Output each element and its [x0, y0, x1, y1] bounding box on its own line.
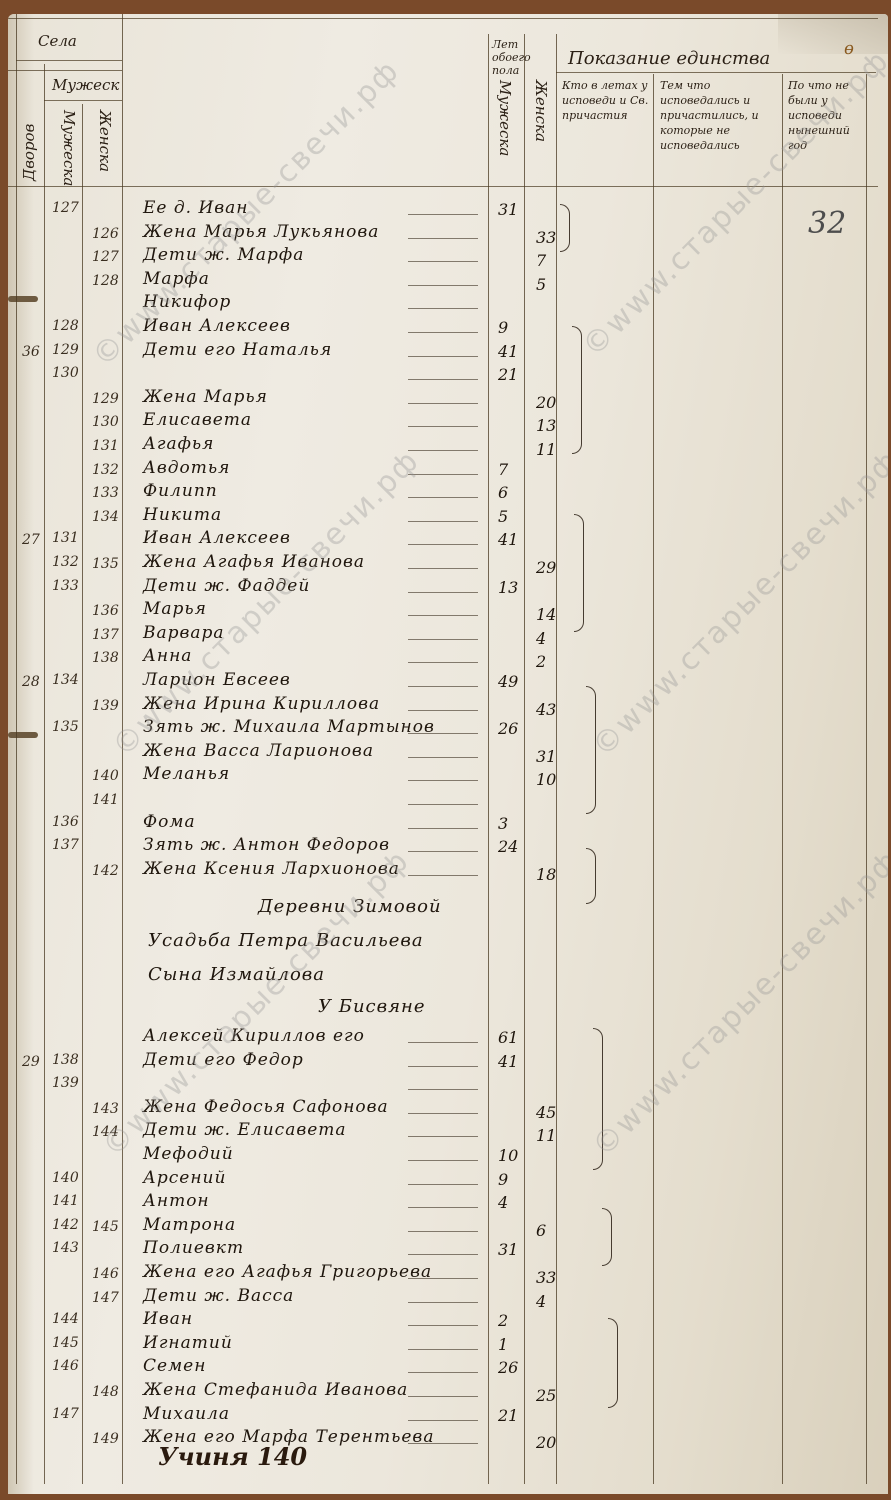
rule-line: [556, 72, 876, 73]
header-age-male: Мужеска: [496, 80, 514, 180]
age-female: 43: [536, 700, 556, 719]
filler-dash: [408, 804, 478, 805]
filler-dash: [408, 1302, 478, 1303]
dvor-number: 27: [22, 532, 40, 548]
age-male: 41: [498, 342, 518, 361]
filler-dash: [408, 1349, 478, 1350]
filler-dash: [408, 332, 478, 333]
register-page: Села Дворов Мужеск Мужеска Женска Лет об…: [8, 14, 888, 1494]
person-name: Мефодий: [143, 1144, 234, 1164]
age-male: 13: [498, 578, 518, 597]
age-male: 31: [498, 200, 518, 219]
filler-dash: [408, 1278, 478, 1279]
filler-dash: [408, 875, 478, 876]
male-number: 132: [52, 554, 79, 570]
filler-dash: [408, 285, 478, 286]
header-col-tem: Тем что исповедались и причастились, и к…: [660, 78, 778, 153]
male-number: 136: [52, 814, 79, 830]
female-number: 126: [92, 226, 119, 242]
age-male: 41: [498, 530, 518, 549]
person-name: Авдотья: [143, 458, 230, 478]
corner-mark: ѳ: [844, 38, 854, 59]
person-name: Жена Марья: [143, 387, 268, 407]
family-brace: [574, 514, 584, 632]
filler-dash: [408, 733, 478, 734]
age-female: 25: [536, 1386, 556, 1405]
person-name: Арсений: [143, 1168, 226, 1188]
family-brace: [602, 1208, 612, 1266]
age-female: 13: [536, 416, 556, 435]
filler-dash: [408, 780, 478, 781]
filler-dash: [408, 662, 478, 663]
female-number: 137: [92, 627, 119, 643]
male-number: 133: [52, 578, 79, 594]
age-female: 2: [536, 652, 546, 671]
person-name: Марья: [143, 599, 207, 619]
rule-line: [524, 34, 525, 1484]
age-male: 9: [498, 1170, 508, 1189]
filler-dash: [408, 1042, 478, 1043]
female-number: 136: [92, 603, 119, 619]
watermark: ©www.старые-свечи.рф: [586, 843, 888, 1164]
age-female: 45: [536, 1103, 556, 1122]
male-number: 137: [52, 837, 79, 853]
person-name: Жена Марья Лукьянова: [143, 222, 379, 242]
filler-dash: [408, 592, 478, 593]
header-zhenska: Женска: [96, 110, 114, 185]
age-female: 29: [536, 558, 556, 577]
person-name: Антон: [143, 1191, 210, 1211]
rule-line: [8, 70, 122, 71]
person-name: Полиевкт: [143, 1238, 244, 1258]
filler-dash: [408, 308, 478, 309]
signature-mark: Учиня 140: [158, 1442, 307, 1471]
family-brace: [586, 686, 596, 814]
male-number: 138: [52, 1052, 79, 1068]
male-number: 127: [52, 200, 79, 216]
filler-dash: [408, 851, 478, 852]
person-name: Жена Васса Ларионова: [143, 741, 374, 761]
filler-dash: [408, 1207, 478, 1208]
filler-dash: [408, 356, 478, 357]
female-number: 141: [92, 792, 119, 808]
filler-dash: [408, 521, 478, 522]
family-brace: [560, 204, 570, 252]
female-number: 148: [92, 1384, 119, 1400]
age-male: 31: [498, 1240, 518, 1259]
binding-string: [8, 732, 38, 738]
age-male: 26: [498, 1358, 518, 1377]
age-female: 18: [536, 865, 556, 884]
watermark: ©www.старые-свечи.рф: [586, 443, 888, 764]
person-name: Фома: [143, 812, 196, 832]
person-name: Дети ж. Васса: [143, 1286, 294, 1306]
filler-dash: [408, 1420, 478, 1421]
male-number: 146: [52, 1358, 79, 1374]
filler-dash: [408, 757, 478, 758]
age-female: 7: [536, 251, 546, 270]
age-male: 9: [498, 318, 508, 337]
header-age-female: Женска: [532, 80, 550, 180]
binding-string: [8, 296, 38, 302]
age-female: 6: [536, 1221, 546, 1240]
section-heading: У Бисвяне: [318, 996, 426, 1017]
filler-dash: [408, 828, 478, 829]
filler-dash: [408, 1089, 478, 1090]
person-name: Филипп: [143, 481, 218, 501]
filler-dash: [408, 379, 478, 380]
female-number: 128: [92, 273, 119, 289]
person-name: Агафья: [143, 434, 214, 454]
male-number: 130: [52, 365, 79, 381]
male-number: 141: [52, 1193, 79, 1209]
age-female: 20: [536, 1433, 556, 1452]
dvor-number: 36: [22, 344, 40, 360]
person-name: Никита: [143, 505, 222, 525]
header-col-kto: Кто в летах у исповеди и Св. причастия: [562, 78, 650, 123]
female-number: 131: [92, 438, 119, 454]
age-male: 2: [498, 1311, 508, 1330]
male-number: 129: [52, 342, 79, 358]
female-number: 138: [92, 650, 119, 666]
male-number: 147: [52, 1406, 79, 1422]
age-female: 4: [536, 1292, 546, 1311]
age-female: 11: [536, 440, 556, 459]
filler-dash: [408, 1160, 478, 1161]
female-number: 147: [92, 1290, 119, 1306]
male-number: 140: [52, 1170, 79, 1186]
filler-dash: [408, 497, 478, 498]
age-male: 4: [498, 1193, 508, 1212]
age-male: 21: [498, 1406, 518, 1425]
filler-dash: [408, 1066, 478, 1067]
female-number: 134: [92, 509, 119, 525]
age-male: 10: [498, 1146, 518, 1165]
age-female: 10: [536, 770, 556, 789]
header-dvorov: Дворов: [20, 76, 38, 181]
male-number: 134: [52, 672, 79, 688]
person-name: Зять ж. Антон Федоров: [143, 835, 390, 855]
female-number: 132: [92, 462, 119, 478]
age-female: 33: [536, 228, 556, 247]
person-name: Жена его Агафья Григорьева: [143, 1262, 432, 1282]
dvor-number: 29: [22, 1054, 40, 1070]
filler-dash: [408, 1443, 478, 1444]
header-muzheska: Мужеска: [60, 110, 78, 185]
person-name: Семен: [143, 1356, 206, 1376]
filler-dash: [408, 1254, 478, 1255]
male-number: 135: [52, 719, 79, 735]
age-female: 5: [536, 275, 546, 294]
filler-dash: [408, 1231, 478, 1232]
filler-dash: [408, 261, 478, 262]
rule-line: [8, 18, 878, 19]
person-name: Дети его Наталья: [143, 340, 332, 360]
age-female: 11: [536, 1126, 556, 1145]
filler-dash: [408, 686, 478, 687]
person-name: Игнатий: [143, 1333, 233, 1353]
filler-dash: [408, 568, 478, 569]
filler-dash: [408, 450, 478, 451]
male-number: 131: [52, 530, 79, 546]
age-female: 14: [536, 605, 556, 624]
rule-line: [82, 104, 83, 1484]
rule-line: [44, 64, 45, 1484]
rule-line: [16, 14, 17, 1484]
filler-dash: [408, 710, 478, 711]
filler-dash: [408, 1372, 478, 1373]
rule-line: [16, 60, 122, 61]
person-name: Матрона: [143, 1215, 236, 1235]
person-name: Михаила: [143, 1404, 230, 1424]
rule-line: [44, 100, 122, 101]
female-number: 145: [92, 1219, 119, 1235]
header-pokazanie: Показание единства: [568, 48, 770, 69]
family-brace: [586, 848, 596, 904]
header-muzh: Мужеск: [52, 76, 119, 94]
filler-dash: [408, 639, 478, 640]
female-number: 140: [92, 768, 119, 784]
female-number: 142: [92, 863, 119, 879]
person-name: Дети ж. Елисавета: [143, 1120, 347, 1140]
person-name: Иван Алексеев: [143, 528, 291, 548]
age-male: 1: [498, 1335, 508, 1354]
filler-dash: [408, 1184, 478, 1185]
age-male: 49: [498, 672, 518, 691]
filler-dash: [408, 403, 478, 404]
age-female: 31: [536, 747, 556, 766]
age-male: 3: [498, 814, 508, 833]
header-selo: Села: [38, 32, 77, 50]
rule-line: [782, 74, 783, 1484]
filler-dash: [408, 1325, 478, 1326]
female-number: 139: [92, 698, 119, 714]
filler-dash: [408, 1113, 478, 1114]
rule-line: [866, 74, 867, 1484]
age-male: 41: [498, 1052, 518, 1071]
female-number: 127: [92, 249, 119, 265]
person-name: Зять ж. Михаила Мартынов: [143, 717, 435, 737]
age-female: 4: [536, 629, 546, 648]
age-male: 7: [498, 460, 508, 479]
age-female: 33: [536, 1268, 556, 1287]
person-name: Жена Стефанида Иванова: [143, 1380, 408, 1400]
age-male: 5: [498, 507, 508, 526]
filler-dash: [408, 544, 478, 545]
age-male: 26: [498, 719, 518, 738]
person-name: Меланья: [143, 764, 230, 784]
filler-dash: [408, 615, 478, 616]
female-number: 149: [92, 1431, 119, 1447]
dvor-number: 28: [22, 674, 40, 690]
age-male: 61: [498, 1028, 518, 1047]
page-number: 32: [808, 206, 846, 241]
filler-dash: [408, 238, 478, 239]
age-male: 6: [498, 483, 508, 502]
male-number: 128: [52, 318, 79, 334]
female-number: 129: [92, 391, 119, 407]
person-name: Иван: [143, 1309, 193, 1329]
female-number: 135: [92, 556, 119, 572]
female-number: 146: [92, 1266, 119, 1282]
rule-line: [488, 34, 489, 1484]
age-female: 20: [536, 393, 556, 412]
age-male: 21: [498, 365, 518, 384]
age-male: 24: [498, 837, 518, 856]
filler-dash: [408, 1136, 478, 1137]
female-number: 143: [92, 1101, 119, 1117]
male-number: 145: [52, 1335, 79, 1351]
male-number: 142: [52, 1217, 79, 1233]
male-number: 143: [52, 1240, 79, 1256]
female-number: 133: [92, 485, 119, 501]
filler-dash: [408, 214, 478, 215]
male-number: 139: [52, 1075, 79, 1091]
filler-dash: [408, 426, 478, 427]
header-years: Лет обоего пола: [492, 38, 558, 77]
family-brace: [608, 1318, 618, 1408]
filler-dash: [408, 1396, 478, 1397]
family-brace: [572, 326, 582, 454]
male-number: 144: [52, 1311, 79, 1327]
person-name: Елисавета: [143, 410, 252, 430]
female-number: 130: [92, 414, 119, 430]
